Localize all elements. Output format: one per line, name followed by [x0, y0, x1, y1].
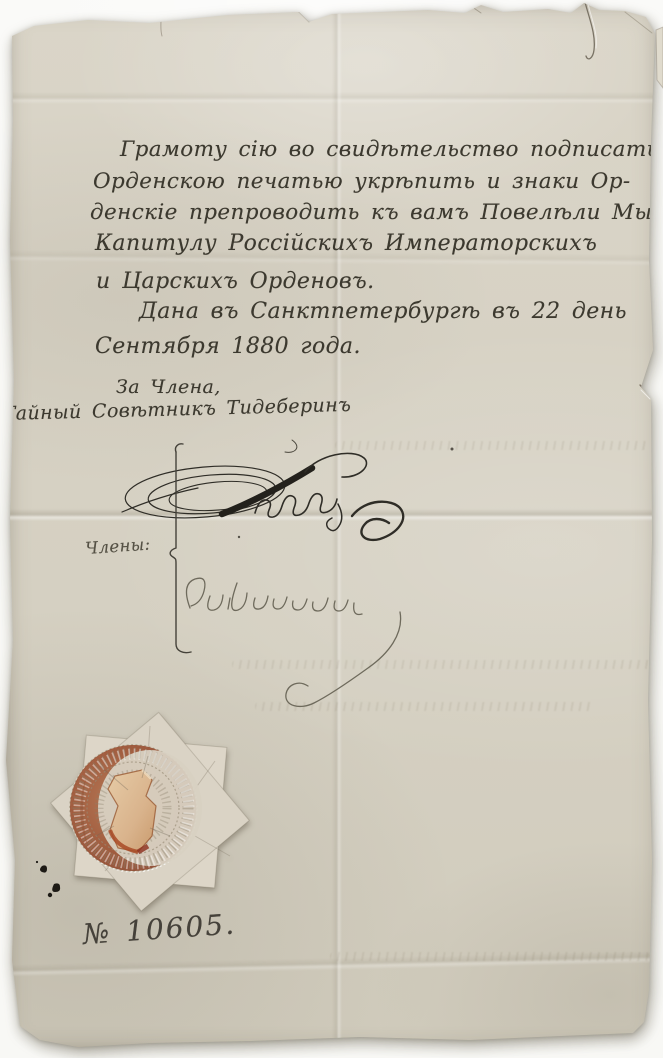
paper-tears	[160, 2, 652, 399]
photo-background: Грамоту сію во свидѣтельство подписать, …	[0, 0, 663, 1058]
members-bracket	[170, 444, 191, 653]
ink-blots	[36, 861, 60, 897]
ink-and-seal-artwork	[0, 0, 663, 1058]
document-paper-wrapper: Грамоту сію во свидѣтельство подписать, …	[0, 0, 663, 1058]
ink-speck	[451, 448, 454, 451]
document-paper: Грамоту сію во свидѣтельство подписать, …	[0, 0, 663, 1058]
ink-speck	[238, 536, 240, 538]
primary-signature	[122, 453, 403, 540]
wax-seal-icon	[51, 712, 250, 911]
